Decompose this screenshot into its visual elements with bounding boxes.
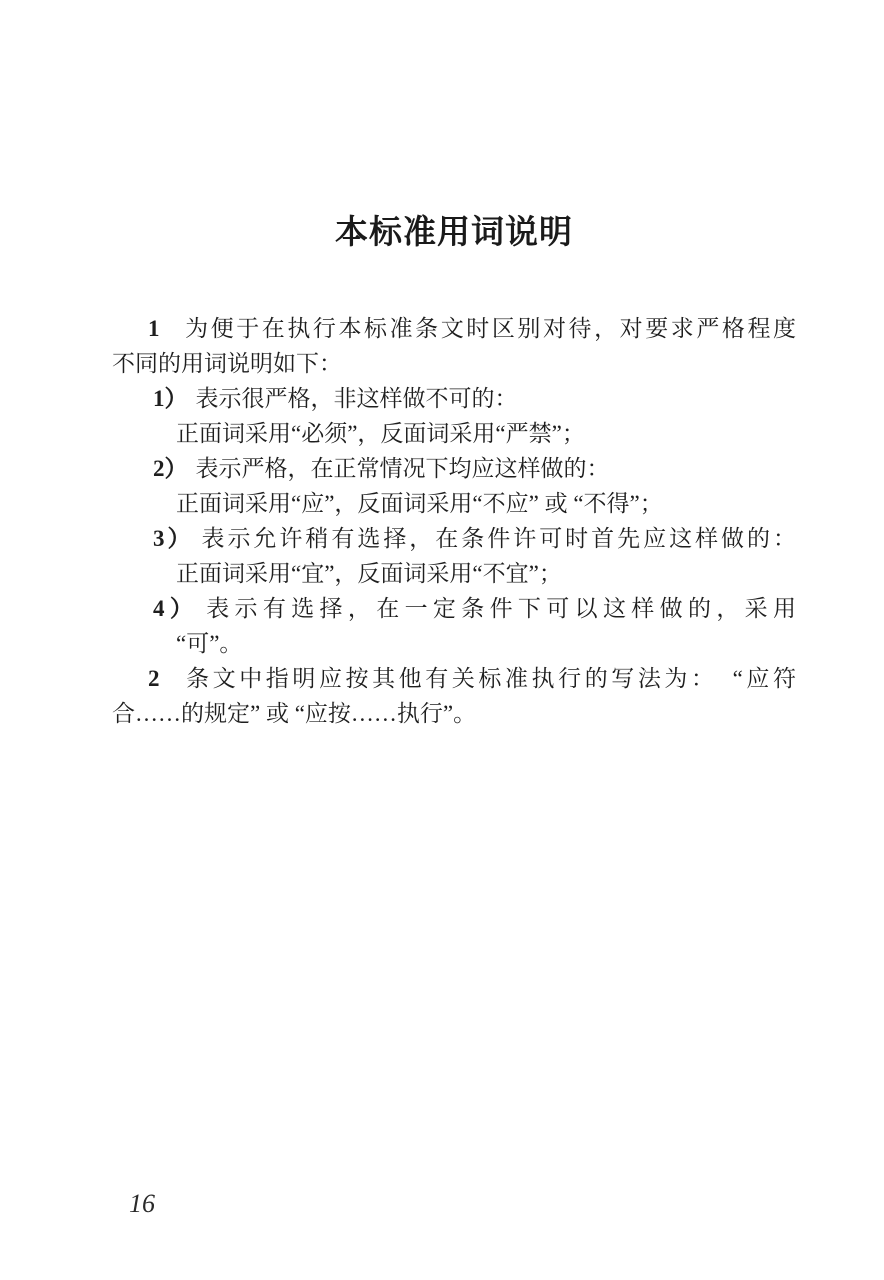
paragraph-2-line-1: 2条文中指明应按其他有关标准执行的写法为： “应符 xyxy=(112,661,796,696)
page-number: 16 xyxy=(129,1189,155,1219)
document-body: 1为便于在执行本标准条文时区别对待，对要求严格程度 不同的用词说明如下： 1）表… xyxy=(112,311,796,731)
paragraph-1-text: 为便于在执行本标准条文时区别对待，对要求严格程度 xyxy=(183,316,797,341)
text-block: 本标准用词说明 1为便于在执行本标准条文时区别对待，对要求严格程度 不同的用词说… xyxy=(112,0,796,731)
item-4-number: 4） xyxy=(153,596,198,621)
item-1-line-1: 1）表示很严格，非这样做不可的： xyxy=(112,381,796,416)
paragraph-1-line-2: 不同的用词说明如下： xyxy=(112,346,796,381)
item-4-line-2: “可”。 xyxy=(112,626,796,661)
item-3-text: 表示允许稍有选择，在条件许可时首先应这样做的： xyxy=(201,526,796,551)
paragraph-2-text: 条文中指明应按其他有关标准执行的写法为： “应符 xyxy=(183,666,797,691)
item-2-line-2: 正面词采用“应”，反面词采用“不应” 或 “不得”； xyxy=(112,486,796,521)
item-2-text: 表示严格，在正常情况下均应这样做的： xyxy=(196,456,610,481)
item-3-line-1: 3）表示允许稍有选择，在条件许可时首先应这样做的： xyxy=(112,521,796,556)
paragraph-2-line-2: 合……的规定” 或 “应按……执行”。 xyxy=(112,696,796,731)
item-4-line-1: 4）表示有选择，在一定条件下可以这样做的，采用 xyxy=(112,591,796,626)
page-title: 本标准用词说明 xyxy=(112,209,796,257)
paragraph-1-number: 1 xyxy=(148,316,160,341)
item-1-line-2: 正面词采用“必须”，反面词采用“严禁”； xyxy=(112,416,796,451)
item-2-line-1: 2）表示严格，在正常情况下均应这样做的： xyxy=(112,451,796,486)
paragraph-2-number: 2 xyxy=(148,666,160,691)
item-4-text: 表示有选择，在一定条件下可以这样做的，采用 xyxy=(206,596,796,621)
item-2-number: 2） xyxy=(153,456,188,481)
item-1-number: 1） xyxy=(153,386,188,411)
item-1-text: 表示很严格，非这样做不可的： xyxy=(196,386,518,411)
item-3-number: 3） xyxy=(153,526,193,551)
document-page: 本标准用词说明 1为便于在执行本标准条文时区别对待，对要求严格程度 不同的用词说… xyxy=(0,0,884,1280)
paragraph-1-line-1: 1为便于在执行本标准条文时区别对待，对要求严格程度 xyxy=(112,311,796,346)
item-3-line-2: 正面词采用“宜”，反面词采用“不宜”； xyxy=(112,556,796,591)
